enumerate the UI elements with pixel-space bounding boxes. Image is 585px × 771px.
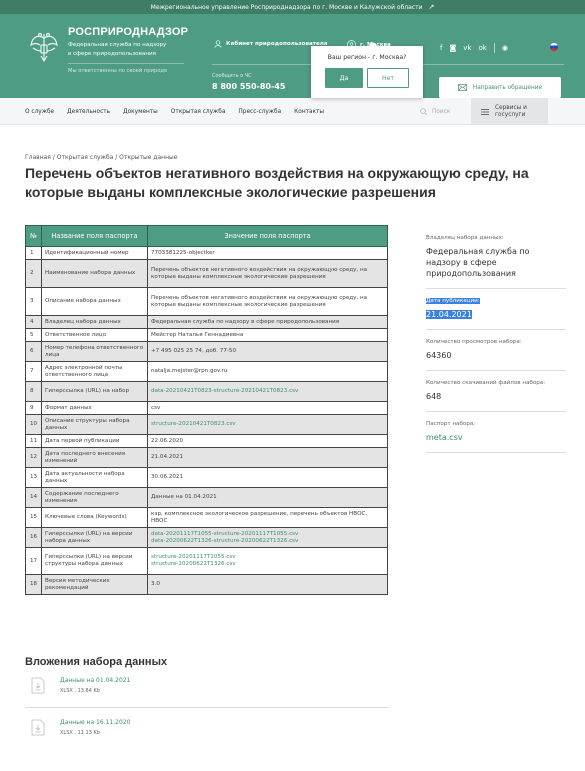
social-links: f ◙ vk ok ◉ xyxy=(440,43,508,53)
field-name: Формат данных xyxy=(42,402,148,415)
social-separator xyxy=(494,43,495,53)
row-number: 12 xyxy=(26,448,42,468)
table-row: 4Владелец набора данныхФедеральная служб… xyxy=(26,316,388,329)
row-number: 7 xyxy=(26,362,42,382)
downloads-block: Количество скачиваний файлов набора: 648 xyxy=(426,380,566,412)
nav-item-activity[interactable]: Деятельность xyxy=(67,109,110,115)
brand-block[interactable]: РОСПРИРОДНАДЗОР Федеральная служба по на… xyxy=(68,26,188,74)
views-label: Количество просмотров набора: xyxy=(426,339,566,346)
brand-subtitle: Федеральная служба по надзору в сфере пр… xyxy=(68,41,188,59)
attachment-divider xyxy=(25,707,389,708)
field-value: Перечень объектов негативного воздействи… xyxy=(148,260,388,288)
owner-value: Федеральная служба по надзору в сфере пр… xyxy=(426,246,566,279)
row-number: 13 xyxy=(26,468,42,488)
publication-date-label: Дата публикации: xyxy=(426,298,480,304)
breadcrumb[interactable]: Главная / Открытая служба / Открытые дан… xyxy=(25,154,177,161)
nav-item-contacts[interactable]: Контакты xyxy=(294,109,324,115)
brand-subtitle-line-1: Федеральная служба по надзору xyxy=(68,41,188,50)
table-row: 9Формат данныхcsv xyxy=(26,402,388,415)
file-link[interactable]: structure-20201117T1055.csv xyxy=(151,554,384,561)
table-row: 10Описание структуры набора данныхstruct… xyxy=(26,415,388,435)
vk-icon[interactable]: vk xyxy=(463,44,471,52)
row-number: 18 xyxy=(26,575,42,595)
coat-of-arms-logo-icon[interactable] xyxy=(27,30,61,64)
attachment-name[interactable]: Данные на 01.04.2021 xyxy=(60,677,130,684)
field-name: Гиперссылки (URL) на версии набора данны… xyxy=(42,528,148,548)
field-name: Описание структуры набора данных xyxy=(42,415,148,435)
table-row: 13Дата актуальности набора данных30.06.2… xyxy=(26,468,388,488)
brand-subtitle-line-2: в сфере природопользования xyxy=(68,50,188,59)
envelope-icon xyxy=(458,84,467,91)
field-name: Версия методических рекомендаций xyxy=(42,575,148,595)
send-appeal-label: Направить обращение xyxy=(473,85,542,91)
field-value: Данные на 01.04.2021 xyxy=(148,488,388,508)
field-value: Перечень объектов негативного воздействи… xyxy=(148,288,388,316)
owner-label: Владелец набора данных: xyxy=(426,235,566,242)
field-value: structure-20210421T0823.csv xyxy=(148,415,388,435)
field-value: Мейстер Наталья Геннадиевна xyxy=(148,329,388,342)
field-value: кэр, комплексное экологическое разрешени… xyxy=(148,508,388,528)
value-text: Федеральная служба по надзору в сфере пр… xyxy=(151,319,384,326)
value-text: Данные на 01.04.2021 xyxy=(151,494,384,501)
ru-flag-icon[interactable] xyxy=(550,43,558,51)
row-number: 8 xyxy=(26,382,42,402)
table-row: 2Наименование набора данныхПеречень объе… xyxy=(26,260,388,288)
field-name: Дата последнего внесения изменений xyxy=(42,448,148,468)
main-nav: О службе Деятельность Документы Открытая… xyxy=(0,98,585,125)
file-link[interactable]: structure-20200622T1326.csv xyxy=(151,561,384,568)
brand-divider xyxy=(68,63,184,64)
attachments-title: Вложения набора данных xyxy=(25,656,167,668)
passport-file-link[interactable]: meta.csv xyxy=(426,433,463,442)
file-link[interactable]: data-20210421T0823-structure-20210421T08… xyxy=(151,388,384,395)
nav-item-open-service[interactable]: Открытая служба xyxy=(171,109,226,115)
dataset-info-sidebar: Владелец набора данных: Федеральная служ… xyxy=(426,235,566,462)
table-row: 1Идентификационный номер7703381225-objec… xyxy=(26,247,388,260)
attachment-meta: XLSX , 11.13 Kb xyxy=(60,730,100,736)
table-row: 17Гиперссылки (URL) на версии структуры … xyxy=(26,548,388,575)
value-text: 22.06.2020 xyxy=(151,438,384,445)
table-row: 18Версия методических рекомендаций3.0 xyxy=(26,575,388,595)
emergency-report-label: Сообщить о ЧС xyxy=(212,73,285,79)
value-text: 30.06.2021 xyxy=(151,474,384,481)
field-name: Гиперссылка (URL) на набор xyxy=(42,382,148,402)
views-block: Количество просмотров набора: 64360 xyxy=(426,339,566,371)
row-number: 2 xyxy=(26,260,42,288)
field-value: csv xyxy=(148,402,388,415)
field-name: Описание набора данных xyxy=(42,288,148,316)
downloads-label: Количество скачиваний файлов набора: xyxy=(426,380,566,387)
facebook-icon[interactable]: f xyxy=(440,44,442,52)
table-row: 12Дата последнего внесения изменений21.0… xyxy=(26,448,388,468)
field-value: 7703381225-objectker xyxy=(148,247,388,260)
file-link[interactable]: data-20201117T1055-structure-20201117T10… xyxy=(151,531,384,538)
value-text: 3.0 xyxy=(151,581,384,588)
nav-item-documents[interactable]: Документы xyxy=(123,109,158,115)
site-header: РОСПРИРОДНАДЗОР Федеральная служба по на… xyxy=(0,14,585,98)
brand-motto: Мы ответственны по своей природе xyxy=(68,68,188,74)
row-number: 15 xyxy=(26,508,42,528)
file-link[interactable]: data-20200622T1326-structure-20200622T13… xyxy=(151,538,384,545)
row-number: 16 xyxy=(26,528,42,548)
column-header-value: Значение поля паспорта xyxy=(148,226,388,247)
search-input[interactable]: Поиск xyxy=(420,98,450,125)
row-number: 14 xyxy=(26,488,42,508)
odnoklassniki-icon[interactable]: ok xyxy=(478,44,486,52)
row-number: 1 xyxy=(26,247,42,260)
publication-date-block: Дата публикации: 21.04.2021 xyxy=(426,298,566,330)
hamburger-menu-icon xyxy=(481,109,489,115)
send-appeal-button[interactable]: Направить обращение xyxy=(439,77,561,98)
field-name: Адрес электронной почты ответственного л… xyxy=(42,362,148,382)
views-count: 64360 xyxy=(426,350,566,361)
value-text: 7703381225-objectker xyxy=(151,250,384,257)
services-label-line-1: Сервисы и xyxy=(495,105,527,112)
table-row: 3Описание набора данныхПеречень объектов… xyxy=(26,288,388,316)
emergency-phone[interactable]: 8 800 550-80-45 xyxy=(212,82,285,91)
attachment-meta: XLSX , 13.84 Kb xyxy=(60,688,100,694)
region-confirm-popup: Ваш регион - г. Москва? Да Нет xyxy=(311,46,423,98)
field-value: 22.06.2020 xyxy=(148,435,388,448)
value-text: кэр, комплексное экологическое разрешени… xyxy=(151,511,384,525)
table-row: 7Адрес электронной почты ответственного … xyxy=(26,362,388,382)
row-number: 5 xyxy=(26,329,42,342)
file-download-icon xyxy=(31,719,45,736)
table-row: 6Номер телефона ответственного лица+7 49… xyxy=(26,342,388,362)
services-label: Сервисы и госуслуги xyxy=(495,105,527,119)
regional-office-link[interactable]: Межрегиональное управление Росприроднадз… xyxy=(151,4,423,11)
brand-name: РОСПРИРОДНАДЗОР xyxy=(68,26,188,38)
field-name: Идентификационный номер xyxy=(42,247,148,260)
column-header-number: № xyxy=(26,226,42,247)
field-value: natalja.mejster@rpn.gov.ru xyxy=(148,362,388,382)
header-divider-right xyxy=(420,64,564,65)
field-value: data-20201117T1055-structure-20201117T10… xyxy=(148,528,388,548)
table-row: 8Гиперссылка (URL) на наборdata-20210421… xyxy=(26,382,388,402)
file-download-icon xyxy=(31,677,45,694)
table-row: 5Ответственное лицоМейстер Наталья Генна… xyxy=(26,329,388,342)
passport-file-block: Паспорт набора: meta.csv xyxy=(426,421,566,453)
passport-file-label: Паспорт набора: xyxy=(426,421,566,428)
table-row: 15Ключевые слова (Keywords)кэр, комплекс… xyxy=(26,508,388,528)
field-name: Владелец набора данных xyxy=(42,316,148,329)
value-text: 21.04.2021 xyxy=(151,454,384,461)
value-text: natalja.mejster@rpn.gov.ru xyxy=(151,368,384,375)
value-text: Перечень объектов негативного воздействи… xyxy=(151,295,384,309)
field-value: 21.04.2021 xyxy=(148,448,388,468)
field-value: 30.06.2021 xyxy=(148,468,388,488)
services-label-line-2: госуслуги xyxy=(495,112,527,119)
value-text: +7 495 025 25 74, доб. 77-50 xyxy=(151,348,384,355)
row-number: 4 xyxy=(26,316,42,329)
search-icon xyxy=(420,108,427,115)
page-title: Перечень объектов негативного воздействи… xyxy=(25,164,565,202)
dataset-passport-table: № Название поля паспорта Значение поля п… xyxy=(25,225,388,595)
row-number: 9 xyxy=(26,402,42,415)
column-header-field: Название поля паспорта xyxy=(42,226,148,247)
table-header-row: № Название поля паспорта Значение поля п… xyxy=(26,226,388,247)
field-value: Федеральная служба по надзору в сфере пр… xyxy=(148,316,388,329)
row-number: 6 xyxy=(26,342,42,362)
user-icon xyxy=(214,40,222,48)
value-text: Перечень объектов негативного воздействи… xyxy=(151,267,384,281)
row-number: 11 xyxy=(26,435,42,448)
field-name: Гиперссылки (URL) на версии структуры на… xyxy=(42,548,148,575)
region-question: Ваш регион - г. Москва? xyxy=(311,54,423,61)
accessibility-eye-icon[interactable]: ◉ xyxy=(502,44,508,52)
field-name: Содержание последнего изменения xyxy=(42,488,148,508)
field-name: Наименование набора данных xyxy=(42,260,148,288)
nav-item-about[interactable]: О службе xyxy=(25,109,54,115)
value-text: Мейстер Наталья Геннадиевна xyxy=(151,332,384,339)
field-value: +7 495 025 25 74, доб. 77-50 xyxy=(148,342,388,362)
region-no-button[interactable]: Нет xyxy=(367,68,409,88)
field-name: Ответственное лицо xyxy=(42,329,148,342)
field-name: Дата первой публикации xyxy=(42,435,148,448)
attachment-name[interactable]: Данные на 16.11.2020 xyxy=(60,719,130,726)
table-row: 11Дата первой публикации22.06.2020 xyxy=(26,435,388,448)
row-number: 17 xyxy=(26,548,42,575)
instagram-icon[interactable]: ◙ xyxy=(449,44,456,52)
region-yes-button[interactable]: Да xyxy=(325,68,363,88)
field-value: 3.0 xyxy=(148,575,388,595)
table-row: 14Содержание последнего измененияДанные … xyxy=(26,488,388,508)
row-number: 3 xyxy=(26,288,42,316)
search-placeholder: Поиск xyxy=(432,109,450,115)
external-link-icon: ↗ xyxy=(428,3,434,11)
nav-item-press[interactable]: Пресс-служба xyxy=(238,109,281,115)
field-value: data-20210421T0823-structure-20210421T08… xyxy=(148,382,388,402)
value-text: csv xyxy=(151,405,384,412)
field-name: Номер телефона ответственного лица xyxy=(42,342,148,362)
field-name: Дата актуальности набора данных xyxy=(42,468,148,488)
table-row: 16Гиперссылки (URL) на версии набора дан… xyxy=(26,528,388,548)
owner-block: Владелец набора данных: Федеральная служ… xyxy=(426,235,566,289)
downloads-count: 648 xyxy=(426,391,566,402)
emergency-report[interactable]: Сообщить о ЧС 8 800 550-80-45 xyxy=(212,73,285,91)
field-value: structure-20201117T1055.csvstructure-202… xyxy=(148,548,388,575)
services-menu-button[interactable]: Сервисы и госуслуги xyxy=(471,98,548,125)
field-name: Ключевые слова (Keywords) xyxy=(42,508,148,528)
regional-office-bar[interactable]: Межрегиональное управление Росприроднадз… xyxy=(0,0,585,14)
publication-date-value: 21.04.2021 xyxy=(426,310,472,319)
row-number: 10 xyxy=(26,415,42,435)
file-link[interactable]: structure-20210421T0823.csv xyxy=(151,421,384,428)
